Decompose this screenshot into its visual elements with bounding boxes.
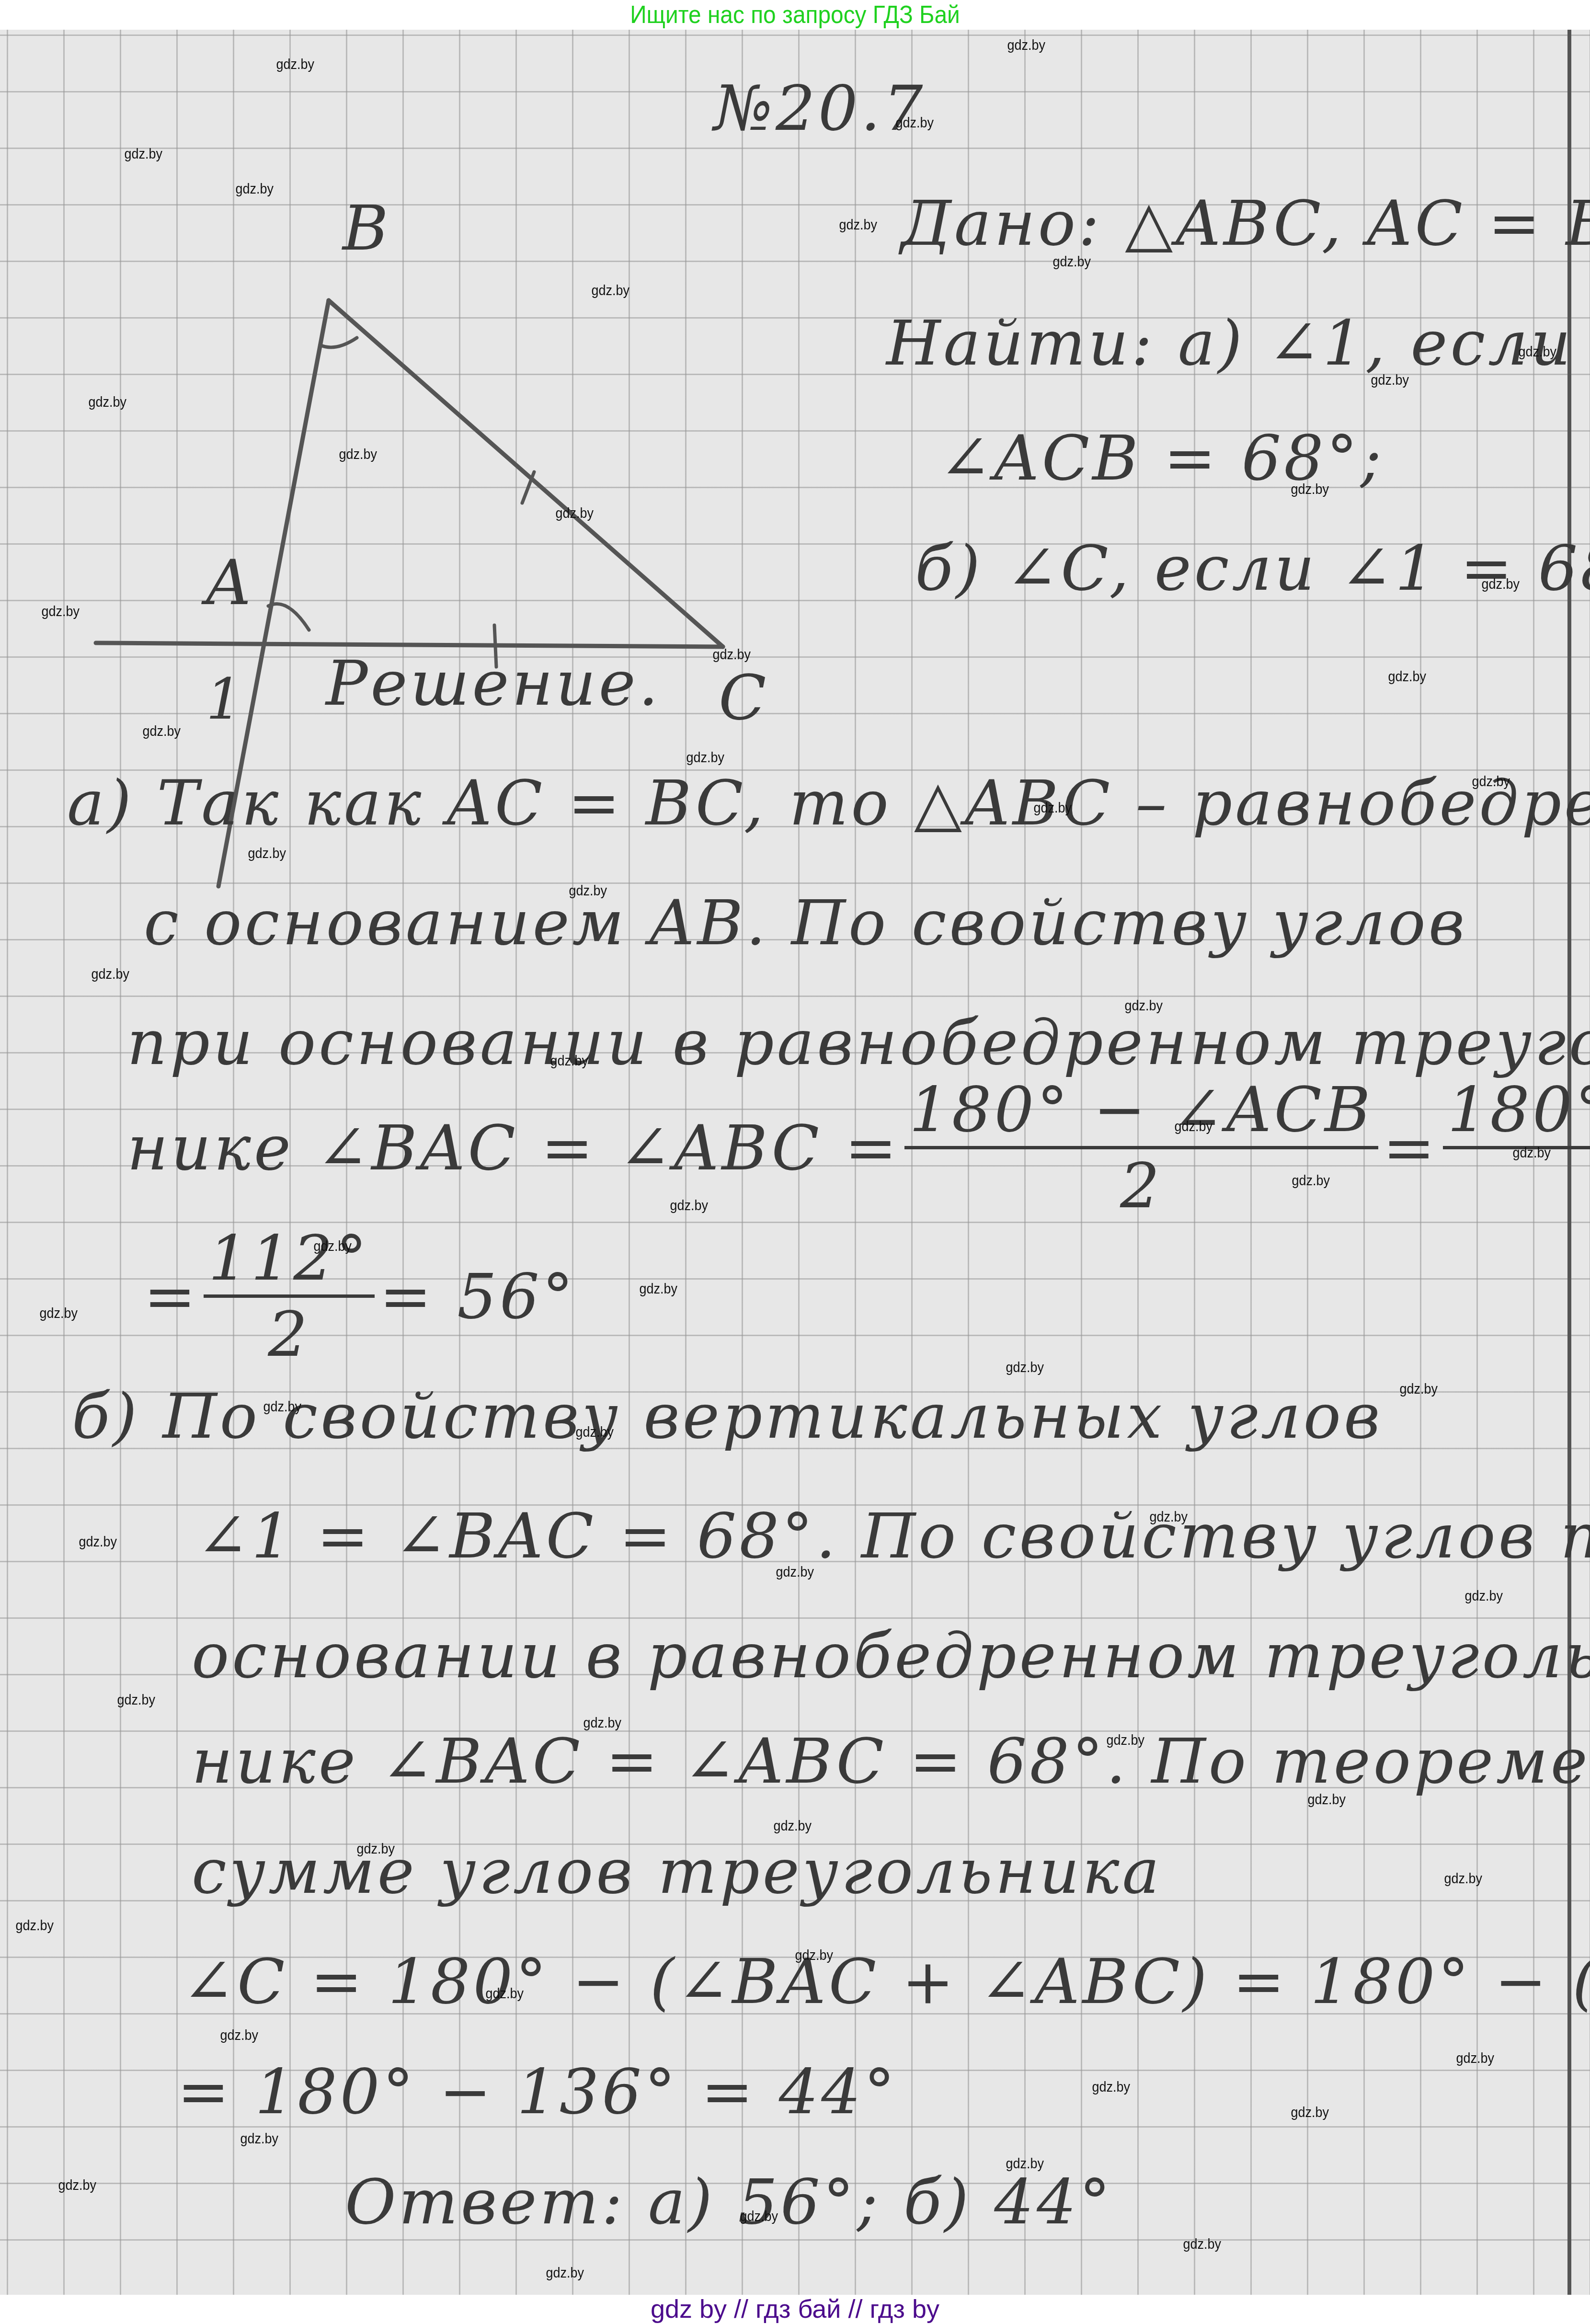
watermark: gdz.by [235,181,274,197]
fraction-3-numerator: 112° [204,1222,375,1298]
watermark: gdz.by [15,1918,54,1934]
given-line-2: Найти: а) ∠1, если [886,307,1574,379]
angle-arc-a [268,604,309,630]
watermark: gdz.by [575,1424,614,1441]
watermark: gdz.by [1006,1360,1044,1376]
watermark: gdz.by [248,846,286,862]
watermark: gdz.by [88,394,126,411]
label-b: B [343,192,391,264]
watermark: gdz.by [1512,1145,1551,1161]
watermark: gdz.by [1292,1173,1330,1189]
watermark: gdz.by [555,505,594,522]
watermark: gdz.by [263,1399,301,1415]
part-a-line-5-prefix: = [144,1260,199,1333]
fraction-3-denominator: 2 [204,1298,375,1371]
part-a-line-4: нике ∠BAC = ∠ABC = 180° − ∠ACB 2 = 180° … [127,1073,1590,1222]
part-a-result: = 56° [379,1260,576,1333]
part-a-line-2: с основанием AB. По свойству углов [144,886,1467,959]
watermark: gdz.by [1033,800,1072,816]
given-line-1: Дано: △ABC, AC = BC [901,187,1590,260]
watermark: gdz.by [91,966,129,983]
watermark: gdz.by [1124,998,1163,1014]
watermark: gdz.by [339,446,377,463]
part-a-line-4-prefix: нике ∠BAC = ∠ABC = [127,1111,900,1184]
watermark: gdz.by [58,2177,96,2194]
fraction-1: 180° − ∠ACB 2 [904,1073,1378,1222]
watermark: gdz.by [1444,1871,1482,1887]
angle-arc-b [320,338,357,347]
watermark: gdz.by [79,1534,117,1550]
watermark: gdz.by [895,115,934,131]
watermark: gdz.by [639,1281,677,1297]
watermark: gdz.by [356,1841,395,1857]
label-a: A [206,546,254,619]
fraction-1-numerator: 180° − ∠ACB [904,1073,1378,1149]
watermark: gdz.by [740,2209,778,2225]
watermark: gdz.by [313,1238,352,1255]
part-a-line-5: = 112° 2 = 56° [144,1222,576,1371]
line-bc [329,300,723,647]
watermark: gdz.by [1106,1732,1144,1749]
watermark: gdz.by [117,1692,155,1708]
watermark: gdz.by [712,647,751,663]
part-b-line-4: нике ∠BAC = ∠ABC = 68°. По теореме о [192,1725,1590,1797]
watermark: gdz.by [1007,37,1045,54]
watermark: gdz.by [1006,2156,1044,2172]
watermark: gdz.by [1291,481,1329,498]
watermark: gdz.by [773,1818,812,1834]
answer: Ответ: а) 56°; б) 44° [345,2165,1113,2238]
part-b-line-3: основании в равнобедренном треуголь- [192,1619,1590,1692]
label-c: C [719,661,769,734]
watermark: gdz.by [1291,2105,1329,2121]
part-b-line-6: ∠C = 180° − (∠BAC + ∠ABC) = 180° − (68° … [182,1945,1590,2018]
equals-sign: = [1383,1111,1438,1184]
watermark: gdz.by [124,146,162,162]
watermark: gdz.by [795,1947,833,1964]
part-b-line-2: ∠1 = ∠BAC = 68°. По свойству углов при [196,1500,1590,1572]
watermark: gdz.by [1183,2236,1221,2253]
solution-heading: Решение. [326,647,661,720]
footer-banner: gdz by // гдз бай // гдз by [0,2295,1590,2324]
watermark: gdz.by [1149,1509,1188,1525]
watermark: gdz.by [591,283,629,299]
watermark: gdz.by [1399,1381,1438,1397]
part-a-line-1: а) Так как AC = BC, то △ABC – равнобедре… [67,767,1590,839]
watermark: gdz.by [1174,1119,1213,1135]
watermark: gdz.by [240,2131,278,2147]
line-ac [96,643,723,647]
watermark: gdz.by [39,1305,78,1322]
watermark: gdz.by [1456,2050,1494,2067]
watermark: gdz.by [1052,254,1091,270]
watermark: gdz.by [776,1564,814,1580]
watermark: gdz.by [1518,344,1556,360]
part-a-line-3: при основании в равнобедренном треуголь- [127,1006,1590,1079]
watermark: gdz.by [276,57,314,73]
watermark: gdz.by [1307,1792,1346,1808]
watermark: gdz.by [1464,1588,1503,1604]
given-line-4: б) ∠C, если ∠1 = 68° [915,532,1590,605]
watermark: gdz.by [220,2027,258,2044]
watermark: gdz.by [569,883,607,899]
watermark: gdz.by [142,723,181,740]
watermark: gdz.by [485,1986,524,2002]
watermark: gdz.by [1092,2079,1130,2095]
part-b-line-5: сумме углов треугольника [192,1835,1162,1908]
part-b-line-1: б) По свойству вертикальных углов [72,1380,1383,1453]
watermark: gdz.by [670,1198,708,1214]
watermark: gdz.by [1388,669,1426,685]
watermark: gdz.by [839,217,877,233]
watermark: gdz.by [550,1053,588,1069]
watermark: gdz.by [41,604,80,620]
problem-number: №20.7 [714,72,926,145]
fraction-2-numerator: 180° − 68° [1443,1073,1590,1149]
watermark: gdz.by [1472,774,1510,790]
watermark: gdz.by [1481,576,1520,593]
label-angle-1: 1 [206,666,245,732]
watermark: gdz.by [546,2265,584,2281]
watermark: gdz.by [686,750,724,766]
watermark: gdz.by [1371,372,1409,389]
part-b-line-7: = 180° − 136° = 44° [177,2055,898,2128]
watermark: gdz.by [583,1715,621,1731]
